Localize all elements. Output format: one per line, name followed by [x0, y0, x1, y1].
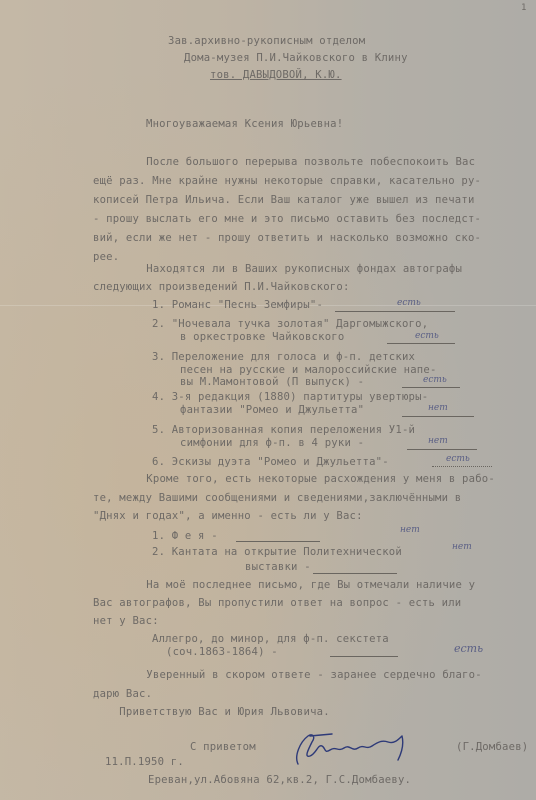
- sender-address: Ереван,ул.Абовяна 62,кв.2, Г.С.Домбаеву.: [148, 774, 411, 787]
- item-6: 6. Эскизы дуэта "Ромео и Джульетта"-: [152, 456, 389, 469]
- text-line: вий, если же нет - прошу ответить и наск…: [93, 232, 481, 245]
- item-1: 1. Романс "Песнь Земфиры"-: [152, 299, 323, 312]
- item-4: 4. 3-я редакция (1880) партитуры увертюр…: [152, 391, 428, 404]
- recipient-line-2: Дома-музея П.И.Чайковского в Клину: [184, 52, 408, 65]
- handwritten-signature: [290, 728, 420, 773]
- handwritten-answer: есть: [454, 642, 483, 655]
- answer-line: [402, 416, 474, 417]
- item-2-cont: в оркестровке Чайковского: [180, 331, 344, 344]
- paragraph-3-line-2: Вас автографов, Вы пропустили ответ на в…: [93, 597, 461, 610]
- answer-line: [313, 573, 397, 574]
- text-line: После большого перерыва позвольте побесп…: [120, 156, 475, 169]
- handwritten-answer: есть: [446, 454, 470, 464]
- answer-line: [335, 311, 455, 312]
- signature-name: (Г.Домбаев): [456, 741, 528, 754]
- paragraph-3-line-3: нет у Вас:: [93, 615, 159, 628]
- page-number-mark: 1: [521, 2, 527, 15]
- item-5-cont: симфонии для ф-п. в 4 руки -: [180, 437, 364, 450]
- closing-line-2: дарю Вас.: [93, 688, 152, 701]
- closing-greeting: Приветствую Вас и Юрия Львовича.: [93, 706, 330, 719]
- paragraph-2-line-1: Кроме того, есть некоторые расхождения у…: [120, 473, 495, 486]
- handwritten-answer: есть: [397, 298, 421, 308]
- paragraph-2-line-2: те, между Вашими сообщениями и сведениям…: [93, 492, 461, 505]
- recipient-line-1: Зав.архивно-рукописным отделом: [168, 35, 365, 48]
- handwritten-answer: есть: [415, 331, 439, 341]
- item3-line-2: (соч.1863-1864) -: [166, 646, 278, 659]
- regards: С приветом: [190, 741, 256, 754]
- answer-line: [407, 449, 477, 450]
- paragraph-2-line-3: "Днях и годах", а именно - есть ли у Вас…: [93, 510, 363, 523]
- answer-line: [432, 466, 492, 468]
- question-intro-2: следующих произведений П.И.Чайковского:: [93, 281, 350, 294]
- letter-date: 11.П.1950 г.: [105, 756, 184, 769]
- question-intro-1: Находятся ли в Ваших рукописных фондах а…: [120, 263, 462, 276]
- recipient-line-3: тов. ДАВЫДОВОЙ, К.Ю.: [210, 69, 342, 82]
- salutation: Многоуважаемая Ксения Юрьевна!: [146, 118, 343, 131]
- text-line: ещё раз. Мне крайне нужны некоторые спра…: [93, 175, 481, 188]
- item2-2: 2. Кантата на открытие Политехнической: [152, 546, 402, 559]
- text-line: кописей Петра Ильича. Если Ваш каталог у…: [93, 194, 475, 207]
- handwritten-answer: нет: [428, 436, 448, 446]
- closing-line-1: Уверенный в скором ответе - заранее серд…: [120, 669, 482, 682]
- text-line: - прошу выслать его мне и это письмо ост…: [93, 213, 481, 226]
- item-3-cont-2: вы М.Мамонтовой (П выпуск) -: [180, 376, 364, 389]
- paragraph-3-line-1: На моё последнее письмо, где Вы отмечали…: [120, 579, 475, 592]
- handwritten-answer: есть: [423, 375, 447, 385]
- item2-2-cont: выставки -: [245, 561, 311, 574]
- text-line: рее.: [93, 251, 119, 264]
- item2-1: 1. Ф е я -: [152, 530, 218, 543]
- handwritten-answer: нет: [428, 403, 448, 413]
- answer-line: [402, 387, 460, 388]
- item-4-cont: фантазии "Ромео и Джульетта": [180, 404, 364, 417]
- item3-line-1: Аллегро, до минор, для ф-п. секстета: [152, 633, 389, 646]
- handwritten-answer: нет: [400, 525, 420, 535]
- answer-line: [236, 541, 320, 542]
- handwritten-answer: нет: [452, 542, 472, 552]
- item-5: 5. Авторизованная копия переложения У1-й: [152, 424, 415, 437]
- answer-line: [387, 343, 455, 344]
- item-2: 2. "Ночевала тучка золотая" Даргомыжског…: [152, 318, 428, 331]
- item-3: 3. Переложение для голоса и ф-п. детских: [152, 351, 415, 364]
- answer-line: [330, 656, 398, 657]
